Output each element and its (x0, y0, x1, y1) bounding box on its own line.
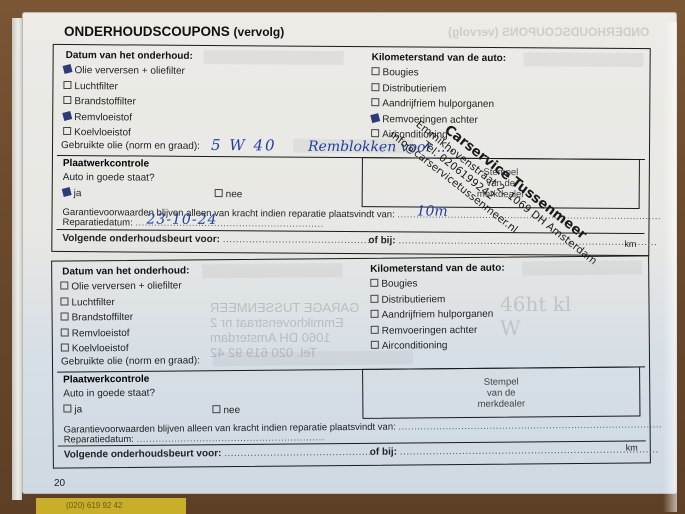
checkbox[interactable] (370, 113, 380, 123)
bleed-through-stamp: GARAGE TUSSENMEEREmmikhovenstraat nr 210… (210, 300, 359, 360)
gray-band (522, 260, 642, 275)
checklist-item[interactable]: Distributieriem (370, 294, 445, 306)
repair-date-handwritten[interactable]: 23-10-24 (146, 212, 217, 228)
nee-label: nee (223, 405, 240, 416)
checkbox[interactable] (370, 279, 378, 287)
checklist-item[interactable]: Remvoeringen achter (371, 324, 478, 336)
page-edge (12, 18, 22, 500)
bleed-through-stamp-line: Emmikhovenstraat nr 2 (210, 315, 359, 330)
checklist-item[interactable]: Remvloeistof (61, 327, 130, 339)
checklist-item[interactable]: Bougies (372, 67, 419, 78)
checkbox[interactable] (60, 282, 68, 290)
of-bij-line[interactable]: of bij: ................................… (368, 235, 657, 248)
checkbox[interactable] (61, 313, 69, 321)
checklist-item-label: Luchtfilter (74, 81, 117, 92)
next-service-line[interactable]: Volgende onderhoudsbeurt voor: .........… (64, 447, 372, 461)
repair-from-handwritten[interactable]: 10m (417, 203, 448, 219)
gray-band (202, 263, 342, 278)
ja-label: ja (74, 404, 82, 415)
checklist-item[interactable]: Bougies (370, 278, 417, 289)
checklist-item[interactable]: Brandstoffilter (61, 312, 134, 324)
nee-option[interactable]: nee (212, 405, 240, 416)
checkbox[interactable] (63, 64, 73, 74)
checklist-item[interactable]: Remvloeistof (63, 111, 132, 122)
yellow-card-edge: (020) 619 92 42 (36, 498, 186, 514)
next-service-line[interactable]: Volgende onderhoudsbeurt voor: .........… (62, 233, 370, 246)
ja-checkbox[interactable] (63, 405, 71, 413)
auto-ok-label: Auto in goede staat? (63, 172, 155, 184)
checkbox[interactable] (60, 297, 68, 305)
reparatiedatum-label: Reparatiedatum: (62, 217, 132, 228)
checkbox[interactable] (61, 344, 69, 352)
checklist-item-label: Aandrijfriem hulporganen (382, 98, 494, 110)
checklist-item[interactable]: Koelvloeistof (61, 343, 129, 355)
checklist-item[interactable]: Distributieriem (371, 83, 446, 95)
reparatiedatum-label: Reparatiedatum: (64, 434, 134, 446)
checklist-item-label: Koelvloeistof (74, 127, 131, 138)
checklist-item-label: Aandrijfriem hulporganen (382, 309, 494, 321)
checklist-item-label: Remvloeistof (74, 112, 132, 123)
checkbox[interactable] (371, 310, 379, 318)
ja-label: ja (74, 188, 82, 199)
ja-checkbox[interactable] (62, 187, 72, 197)
checkbox[interactable] (371, 341, 379, 349)
page-number: 20 (54, 478, 65, 489)
of-bij-line[interactable]: of bij: ................................… (370, 444, 659, 458)
checklist-item-label: Distributieriem (382, 83, 446, 94)
page-title-main: ONDERHOUDSCOUPONS (64, 24, 230, 39)
checklist-item-label: Airconditioning (382, 340, 448, 352)
checkbox[interactable] (371, 129, 379, 137)
bleed-through-title: ONDERHOUDSCOUPONS (vervolg) (448, 25, 649, 39)
checklist-item-label: Bougies (381, 278, 417, 289)
checkbox[interactable] (63, 96, 71, 104)
checklist-item-label: Koelvloeistof (72, 343, 129, 354)
next-service-label: Volgende onderhoudsbeurt voor: (64, 448, 222, 460)
checkbox[interactable] (371, 83, 379, 91)
nee-checkbox[interactable] (212, 406, 220, 414)
checkbox[interactable] (63, 81, 71, 89)
km-unit: km (626, 443, 638, 453)
nee-checkbox[interactable] (215, 189, 223, 197)
checkbox[interactable] (63, 127, 71, 135)
coupon-2: Datum van het onderhoud: Kilometerstand … (51, 255, 651, 468)
gray-band (204, 50, 344, 65)
next-service-row: Volgende onderhoudsbeurt voor: .........… (58, 440, 646, 465)
checklist-item[interactable]: Aandrijfriem hulporganen (371, 309, 494, 321)
stamp-label-3: merkdealer (363, 397, 639, 410)
checklist-item-label: Olie verversen + oliefilter (75, 65, 185, 77)
oil-value-handwritten[interactable]: 5 W 40 (211, 136, 277, 154)
page-title-suffix: (vervolg) (234, 25, 285, 39)
checkbox[interactable] (371, 326, 379, 334)
checklist-item-label: Brandstoffilter (72, 312, 134, 324)
auto-ok-label: Auto in goede staat? (63, 388, 155, 400)
ja-option[interactable]: ja (63, 188, 82, 199)
checkbox[interactable] (372, 68, 380, 76)
checklist-item-label: Luchtfilter (71, 297, 114, 308)
bleed-through-stamp-line: GARAGE TUSSENMEER (210, 300, 359, 315)
checklist-item[interactable]: Airconditioning (371, 340, 448, 352)
page-curl (663, 22, 677, 512)
nee-option[interactable]: nee (215, 189, 243, 200)
ja-option[interactable]: ja (63, 404, 82, 415)
checkbox[interactable] (371, 99, 379, 107)
checklist-item[interactable]: Luchtfilter (60, 297, 114, 308)
checklist-item[interactable]: Brandstoffilter (63, 96, 136, 108)
plaatwerk-title: Plaatwerkcontrole (63, 374, 149, 386)
checkbox[interactable] (370, 295, 378, 303)
date-heading: Datum van het onderhoud: (66, 50, 193, 62)
checklist-item[interactable]: Olie verversen + oliefilter (64, 65, 185, 77)
gray-band (524, 52, 644, 67)
km-heading: Kilometerstand van de auto: (372, 52, 507, 64)
plaatwerk-section: Plaatwerkcontrole Auto in goede staat? j… (57, 366, 646, 445)
checklist-item-label: Distributieriem (381, 294, 445, 306)
nee-label: nee (226, 189, 243, 200)
oil-used-label: Gebruikte olie (norm en graad): (61, 355, 200, 367)
checklist-item-label: Remvoeringen achter (382, 324, 478, 336)
stamp-box: Stempel van de merkdealer (362, 366, 640, 418)
next-service-label: Volgende onderhoudsbeurt voor: (62, 233, 220, 245)
checkbox[interactable] (61, 328, 69, 336)
of-bij-label: of bij: (370, 447, 397, 458)
plaatwerk-title: Plaatwerkcontrole (63, 158, 149, 170)
bleed-through-handwriting: 46ht klW (500, 292, 571, 340)
of-bij-label: of bij: (368, 235, 395, 246)
km-heading: Kilometerstand van de auto: (370, 263, 505, 275)
yellow-card-text: (020) 619 92 42 (66, 501, 123, 510)
bleed-through-stamp-line: 1060 DH Amsterdam (210, 330, 359, 345)
checklist-item[interactable]: Koelvloeistof (63, 127, 131, 138)
date-heading: Datum van het onderhoud: (62, 265, 189, 277)
checklist-item-label: Remvloeistof (72, 327, 130, 339)
checklist-item-label: Bougies (383, 67, 419, 78)
bleed-through-stamp-line: Tel. 020 619 92 42 (210, 345, 359, 360)
checklist-item-label: Brandstoffilter (74, 96, 136, 107)
oil-used-label: Gebruikte olie (norm en graad): (61, 140, 200, 152)
checklist-item-label: Olie verversen + oliefilter (71, 280, 181, 292)
checkbox[interactable] (62, 111, 72, 121)
checklist-item[interactable]: Olie verversen + oliefilter (60, 280, 181, 292)
km-unit: km (624, 239, 636, 249)
page-title: ONDERHOUDSCOUPONS (vervolg) (64, 24, 284, 39)
checklist-item[interactable]: Luchtfilter (63, 80, 117, 91)
